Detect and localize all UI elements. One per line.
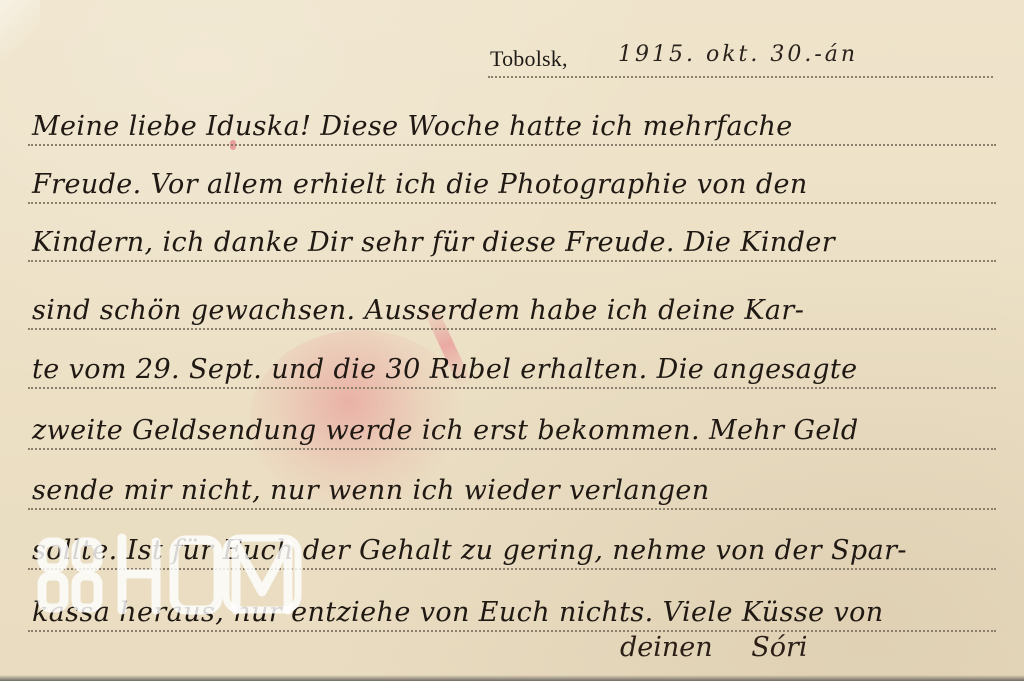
place-label: Tobolsk, xyxy=(490,46,568,72)
letter-line: te vom 29. Sept. und die 30 Rubel erhalt… xyxy=(28,343,996,389)
signature: deinen Sóri xyxy=(620,632,808,663)
letter-line-text: sind schön gewachsen. Ausserdem habe ich… xyxy=(32,295,804,326)
letter-line-text: sollte. Ist für Euch der Gehalt zu gerin… xyxy=(32,535,907,566)
letter-line: sende mir nicht, nur wenn ich wieder ver… xyxy=(28,464,996,510)
letter-line: kassa heraus, nur entziehe von Euch nich… xyxy=(28,586,996,632)
letter-line-text: sende mir nicht, nur wenn ich wieder ver… xyxy=(32,475,710,506)
letter-line-text: te vom 29. Sept. und die 30 Rubel erhalt… xyxy=(32,354,858,385)
letter-line-text: Meine liebe Iduska! Diese Woche hatte ic… xyxy=(32,111,793,142)
letter-line: Kindern, ich danke Dir sehr für diese Fr… xyxy=(28,216,996,262)
letter-line: Freude. Vor allem erhielt ich die Photog… xyxy=(28,158,996,204)
letter-line-text: zweite Geldsendung werde ich erst bekomm… xyxy=(32,415,859,446)
letter-line: sollte. Ist für Euch der Gehalt zu gerin… xyxy=(28,524,996,570)
letter-line-text: Freude. Vor allem erhielt ich die Photog… xyxy=(32,169,808,200)
letter-line: sind schön gewachsen. Ausserdem habe ich… xyxy=(28,284,996,330)
postcard-header: Tobolsk, 1915. okt. 30.-án xyxy=(488,46,993,78)
letter-line-text: Kindern, ich danke Dir sehr für diese Fr… xyxy=(32,227,835,258)
letter-line: Meine liebe Iduska! Diese Woche hatte ic… xyxy=(28,100,996,146)
letter-line-text: kassa heraus, nur entziehe von Euch nich… xyxy=(32,597,884,628)
letter-line: zweite Geldsendung werde ich erst bekomm… xyxy=(28,404,996,450)
handwritten-date: 1915. okt. 30.-án xyxy=(618,42,858,67)
postcard: Tobolsk, 1915. okt. 30.-án Meine liebe I… xyxy=(0,0,1024,681)
